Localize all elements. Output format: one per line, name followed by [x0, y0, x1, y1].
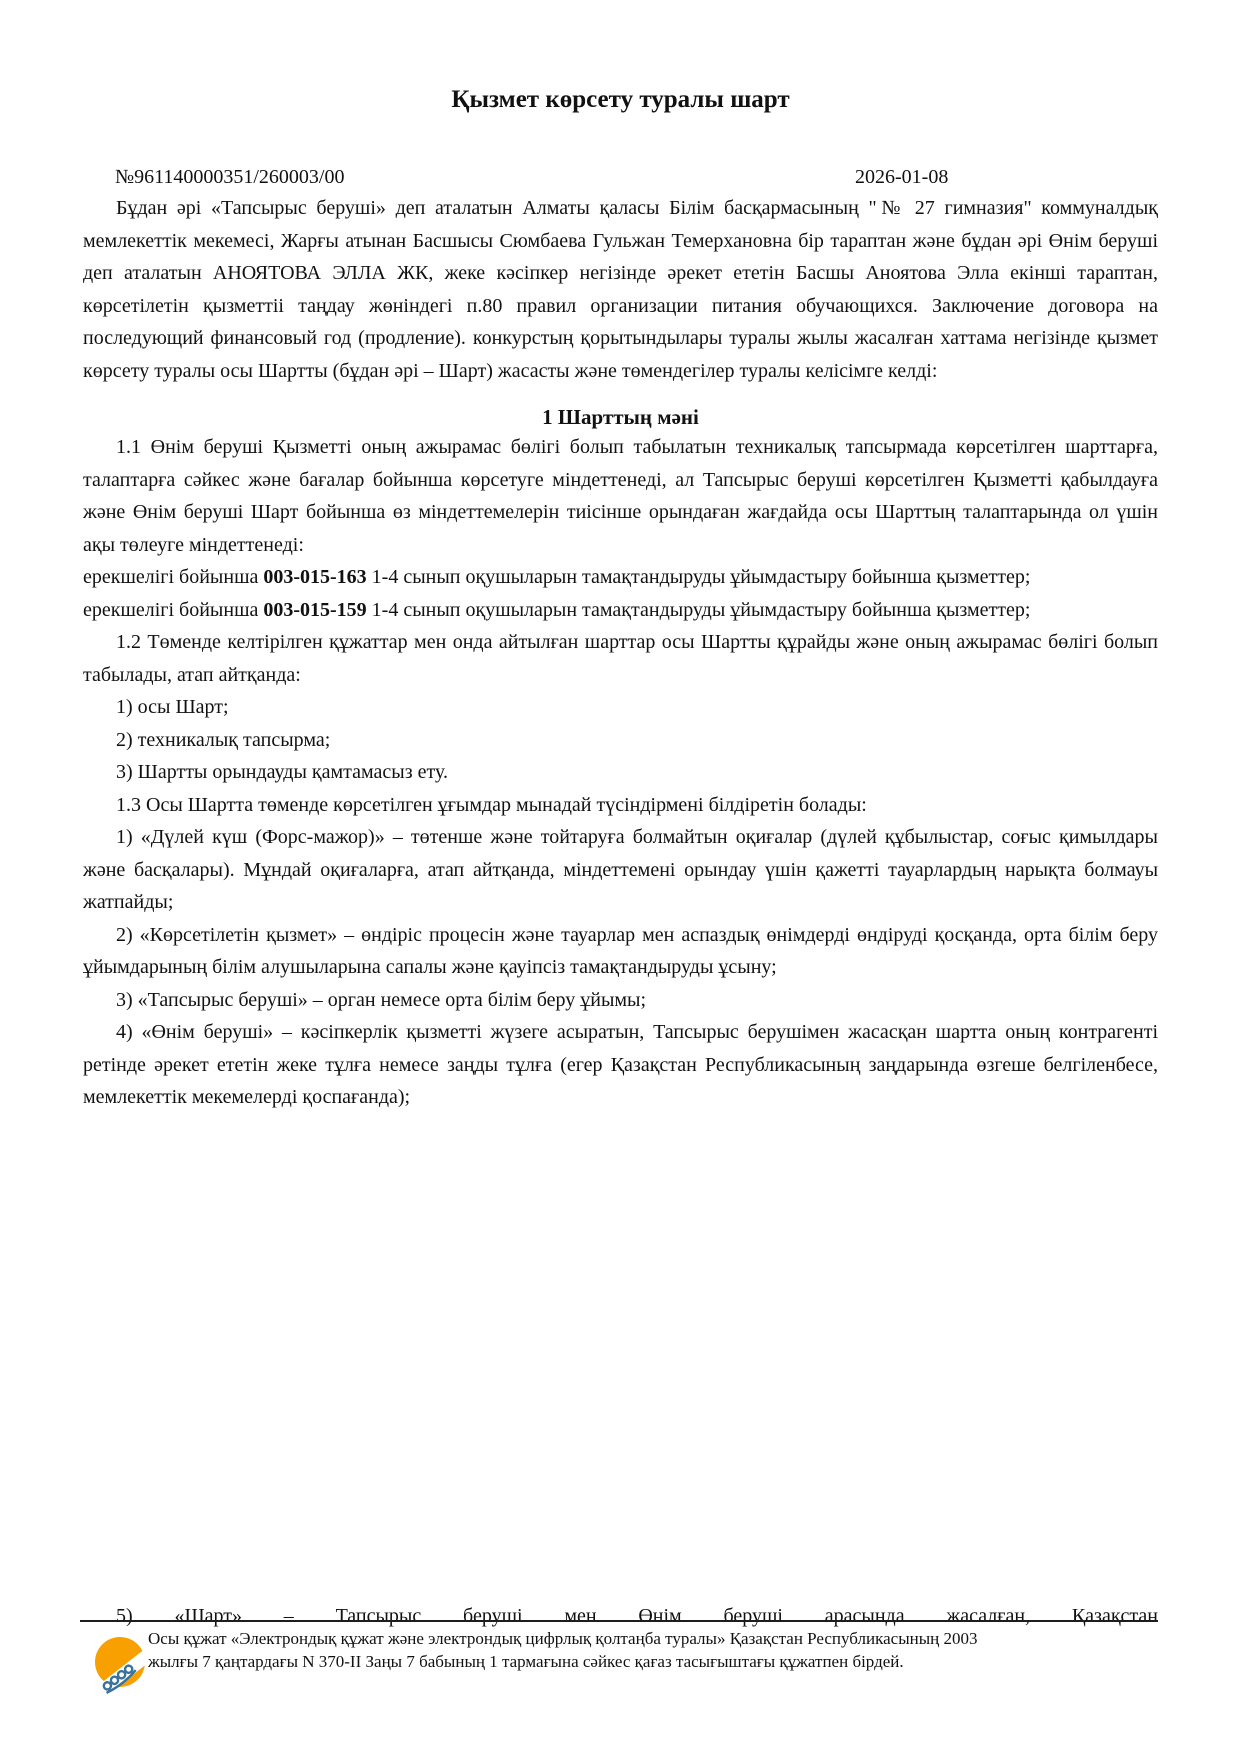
section-1-heading: 1 Шарттың мәні	[83, 403, 1158, 431]
intro-paragraph: Бұдан әрі «Тапсырыс беруші» деп аталатын…	[83, 192, 1158, 387]
definition-3: 3) «Тапсырыс беруші» – орган немесе орта…	[83, 984, 1158, 1017]
page-title: Қызмет көрсету туралы шарт	[83, 84, 1158, 116]
definition-1: 1) «Дүлей күш (Форс-мажор)» – төтенше жә…	[83, 821, 1158, 919]
clause-1-2: 1.2 Төменде келтірілген құжаттар мен онд…	[83, 626, 1158, 691]
clause-1-1: 1.1 Өнім беруші Қызметті оның ажырамас б…	[83, 431, 1158, 561]
service-line-2: ерекшелігі бойынша 003-015-159 1-4 сынып…	[83, 594, 1158, 627]
service-line-1: ерекшелігі бойынша 003-015-163 1-4 сынып…	[83, 561, 1158, 594]
service-2-prefix: ерекшелігі бойынша	[83, 599, 263, 621]
contract-doc-item-2: 2) техникалық тапсырма;	[83, 724, 1158, 757]
contract-page: Қызмет көрсету туралы шарт №961140000351…	[0, 0, 1241, 1754]
service-1-prefix: ерекшелігі бойынша	[83, 566, 263, 588]
service-2-suffix: 1-4 сынып оқушыларын тамақтандыруды ұйым…	[367, 599, 1031, 621]
footnote-separator-line	[80, 1620, 1158, 1622]
meta-row: №961140000351/260003/00 2026-01-08	[83, 166, 1158, 192]
service-1-suffix: 1-4 сынып оқушыларын тамақтандыруды ұйым…	[367, 566, 1031, 588]
contract-doc-item-3: 3) Шартты орындауды қамтамасыз ету.	[83, 756, 1158, 789]
definition-2: 2) «Көрсетілетін қызмет» – өндіріс проце…	[83, 919, 1158, 984]
footer-note: Осы құжат «Электрондық құжат және электр…	[148, 1628, 1020, 1673]
egov-stamp-icon	[92, 1636, 148, 1696]
contract-number: №961140000351/260003/00	[115, 166, 344, 189]
contract-date: 2026-01-08	[855, 166, 948, 189]
clause-1-3: 1.3 Осы Шартта төменде көрсетілген ұғымд…	[83, 789, 1158, 822]
service-1-code: 003-015-163	[263, 566, 366, 588]
definition-4: 4) «Өнім беруші» – кәсіпкерлік қызметті …	[83, 1016, 1158, 1114]
contract-doc-item-1: 1) осы Шарт;	[83, 691, 1158, 724]
service-2-code: 003-015-159	[263, 599, 366, 621]
